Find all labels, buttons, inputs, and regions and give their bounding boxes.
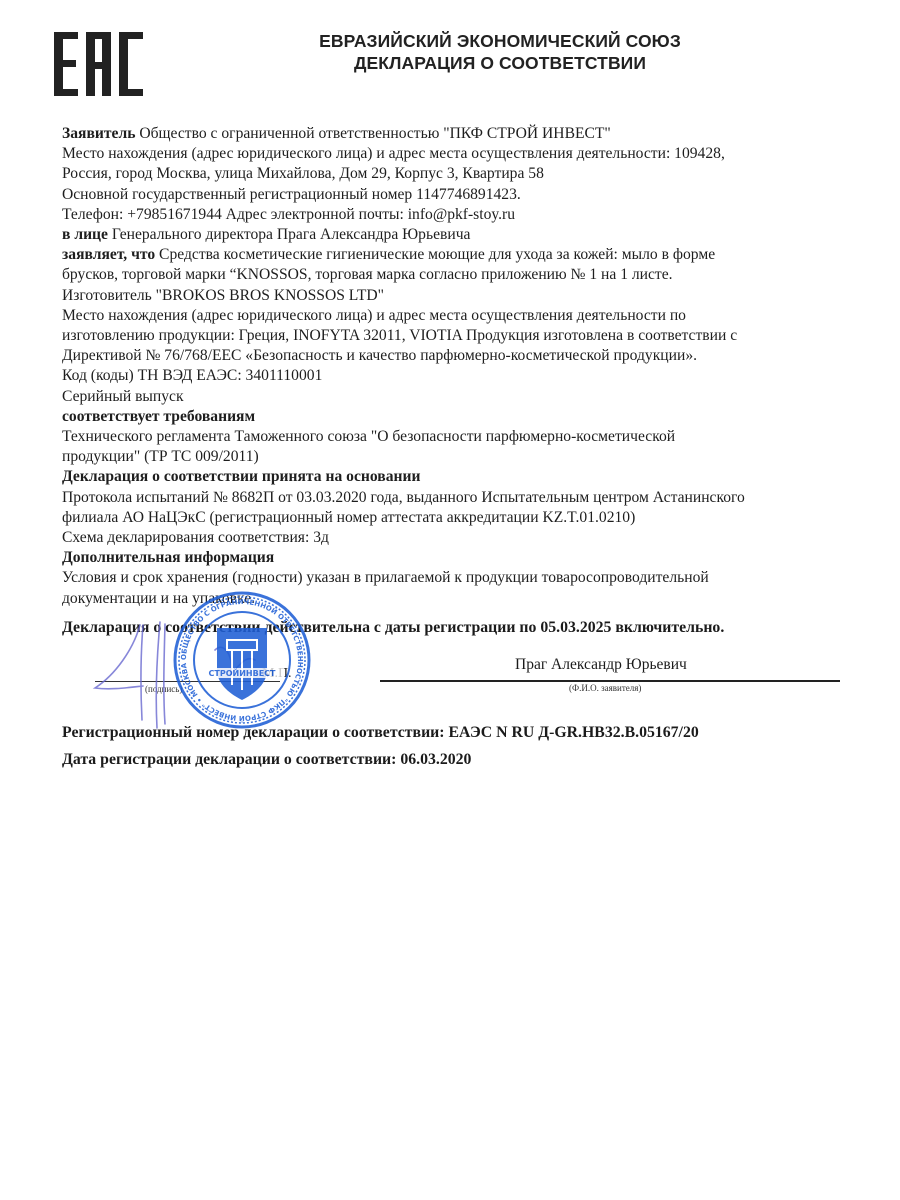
document-header: ЕВРАЗИЙСКИЙ ЭКОНОМИЧЕСКИЙ СОЮЗ ДЕКЛАРАЦИ… (240, 30, 760, 74)
manufacturer-name: Изготовитель "BROKOS BROS KNOSSOS LTD" (62, 286, 852, 306)
declares-line-1: заявляет, что Средства косметические гиг… (62, 245, 852, 265)
applicant-label: Заявитель (62, 125, 135, 142)
basis-label: Декларация о соответствии принята на осн… (62, 467, 852, 487)
manufacturer-address-3: Директивой № 76/768/EEC «Безопасность и … (62, 346, 852, 366)
basis-text-1: Протокола испытаний № 8682П от 03.03.202… (62, 488, 852, 508)
applicant-contacts: Телефон: +79851671944 Адрес электронной … (62, 205, 852, 225)
manufacturer-address-1: Место нахождения (адрес юридического лиц… (62, 306, 852, 326)
document-title: ДЕКЛАРАЦИЯ О СООТВЕТСТВИИ (240, 52, 760, 74)
represented-label: в лице (62, 226, 108, 243)
declaration-scheme: Схема декларирования соответствия: 3д (62, 528, 852, 548)
declares-text: Средства косметические гигиенические мою… (155, 246, 715, 263)
compliance-label: соответствует требованиям (62, 407, 852, 427)
eac-mark-icon (54, 32, 144, 96)
additional-label: Дополнительная информация (62, 548, 852, 568)
represented-by-line: в лице Генерального директора Прага Алек… (62, 225, 852, 245)
union-title: ЕВРАЗИЙСКИЙ ЭКОНОМИЧЕСКИЙ СОЮЗ (240, 30, 760, 52)
applicant-address-1: Место нахождения (адрес юридического лиц… (62, 144, 852, 164)
applicant-line: Заявитель Общество с ограниченной ответс… (62, 124, 852, 144)
declaration-body: Заявитель Общество с ограниченной ответс… (62, 124, 852, 609)
company-stamp-icon: ОБЩЕСТВО С ОГРАНИЧЕННОЙ ОТВЕТСТВЕННОСТЬЮ… (172, 590, 312, 730)
represented-by: Генерального директора Прага Александра … (108, 226, 471, 243)
applicant-full-name: Праг Александр Юрьевич (515, 656, 687, 674)
compliance-text-1: Технического регламента Таможенного союз… (62, 427, 852, 447)
release-type: Серийный выпуск (62, 387, 852, 407)
declares-label: заявляет, что (62, 246, 155, 263)
compliance-text-2: продукции" (ТР ТС 009/2011) (62, 447, 852, 467)
applicant-ogrn: Основной государственный регистрационный… (62, 185, 852, 205)
applicant-name-caption: (Ф.И.О. заявителя) (569, 683, 641, 693)
additional-text-1: Условия и срок хранения (годности) указа… (62, 568, 852, 588)
declares-line-2: брусков, торговой марки “KNOSSOS, торгов… (62, 265, 852, 285)
tn-ved-code: Код (коды) ТН ВЭД ЕАЭС: 3401110001 (62, 366, 852, 386)
svg-text:СТРОЙИНВЕСТ: СТРОЙИНВЕСТ (209, 667, 277, 678)
basis-text-2: филиала АО НаЦЭкС (регистрационный номер… (62, 508, 852, 528)
applicant-name-line (380, 680, 840, 682)
registration-number: Регистрационный номер декларации о соотв… (62, 724, 699, 742)
applicant-name: Общество с ограниченной ответственностью… (135, 125, 610, 142)
applicant-address-2: Россия, город Москва, улица Михайлова, Д… (62, 164, 852, 184)
manufacturer-address-2: изготовлению продукции: Греция, INOFYTA … (62, 326, 852, 346)
registration-date: Дата регистрации декларации о соответств… (62, 751, 471, 769)
